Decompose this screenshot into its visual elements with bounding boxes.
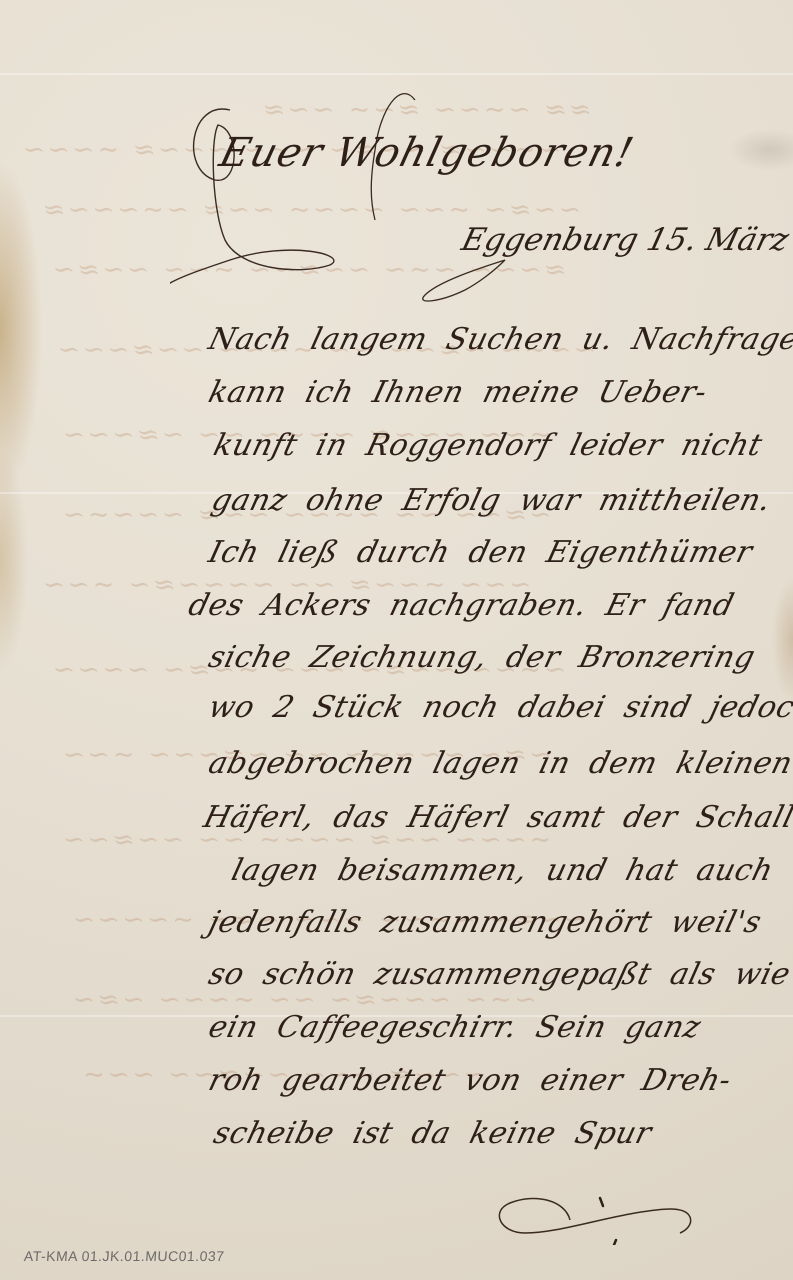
- archive-signature-label: AT-KMA 01.JK.01.MUC01.037: [23, 1248, 225, 1264]
- bleed-through-text: ​≈≈ ∼∽∼∼ ≈∼∽ ∼∼≈: [257, 95, 595, 125]
- letter-line: des Ackers nachgraben. Er fand: [185, 588, 738, 623]
- letter-page: ​≈≈ ∼∽∼∼ ≈∼∽ ∼∼≈ ∼∽∼∼≈ ∼∼≈∼ ∼∽∼ ∼∼∼≈ ∽∼∼…: [0, 0, 793, 1280]
- salutation: Euer Wohlgeboren!: [215, 130, 639, 176]
- letter-line: Häferl, das Häferl samt der Schalle: [200, 800, 793, 835]
- letter-line: abgebrochen lagen in dem kleinen: [205, 746, 793, 781]
- letter-line: ganz ohne Erfolg war mittheilen.: [208, 483, 775, 518]
- letter-line: wo 2 Stück noch dabei sind jedoch: [205, 690, 793, 725]
- paper-fold-line: [0, 73, 793, 75]
- letter-line: ein Caffeegeschirr. Sein ganz: [205, 1010, 704, 1045]
- letter-line: scheibe ist da keine Spur: [210, 1116, 655, 1151]
- letter-line: jedenfalls zusammengehört weil's: [205, 905, 765, 940]
- letter-line: Nach langem Suchen u. Nachfragen: [205, 322, 793, 357]
- closing-flourish: [485, 1165, 705, 1245]
- letter-line: so schön zusammengepaßt als wie: [205, 957, 793, 992]
- letter-line: lagen beisammen, und hat auch: [228, 853, 777, 888]
- letter-line: roh gearbeitet von einer Dreh-: [205, 1063, 735, 1098]
- letter-line: Ich ließ durch den Eigenthümer: [205, 535, 756, 570]
- place-and-date: Eggenburg 15. März: [458, 222, 792, 258]
- letter-line: siche Zeichnung, der Bronzering: [205, 640, 759, 675]
- letter-line: kunft in Roggendorf leider nicht: [210, 428, 766, 463]
- bleed-through-text: ∼∼≈∼ ∽∼∼ ∼∼∼∽ ∼∼≈ ∼∽∼∼∼≈: [37, 195, 584, 225]
- letter-line: kann ich Ihnen meine Ueber-: [205, 375, 711, 410]
- bleed-through-text: ≈∼∼∼ ∼∽∼ ∼∼≈∼∼ ∽∼∼ ∼∼≈∼: [47, 255, 569, 285]
